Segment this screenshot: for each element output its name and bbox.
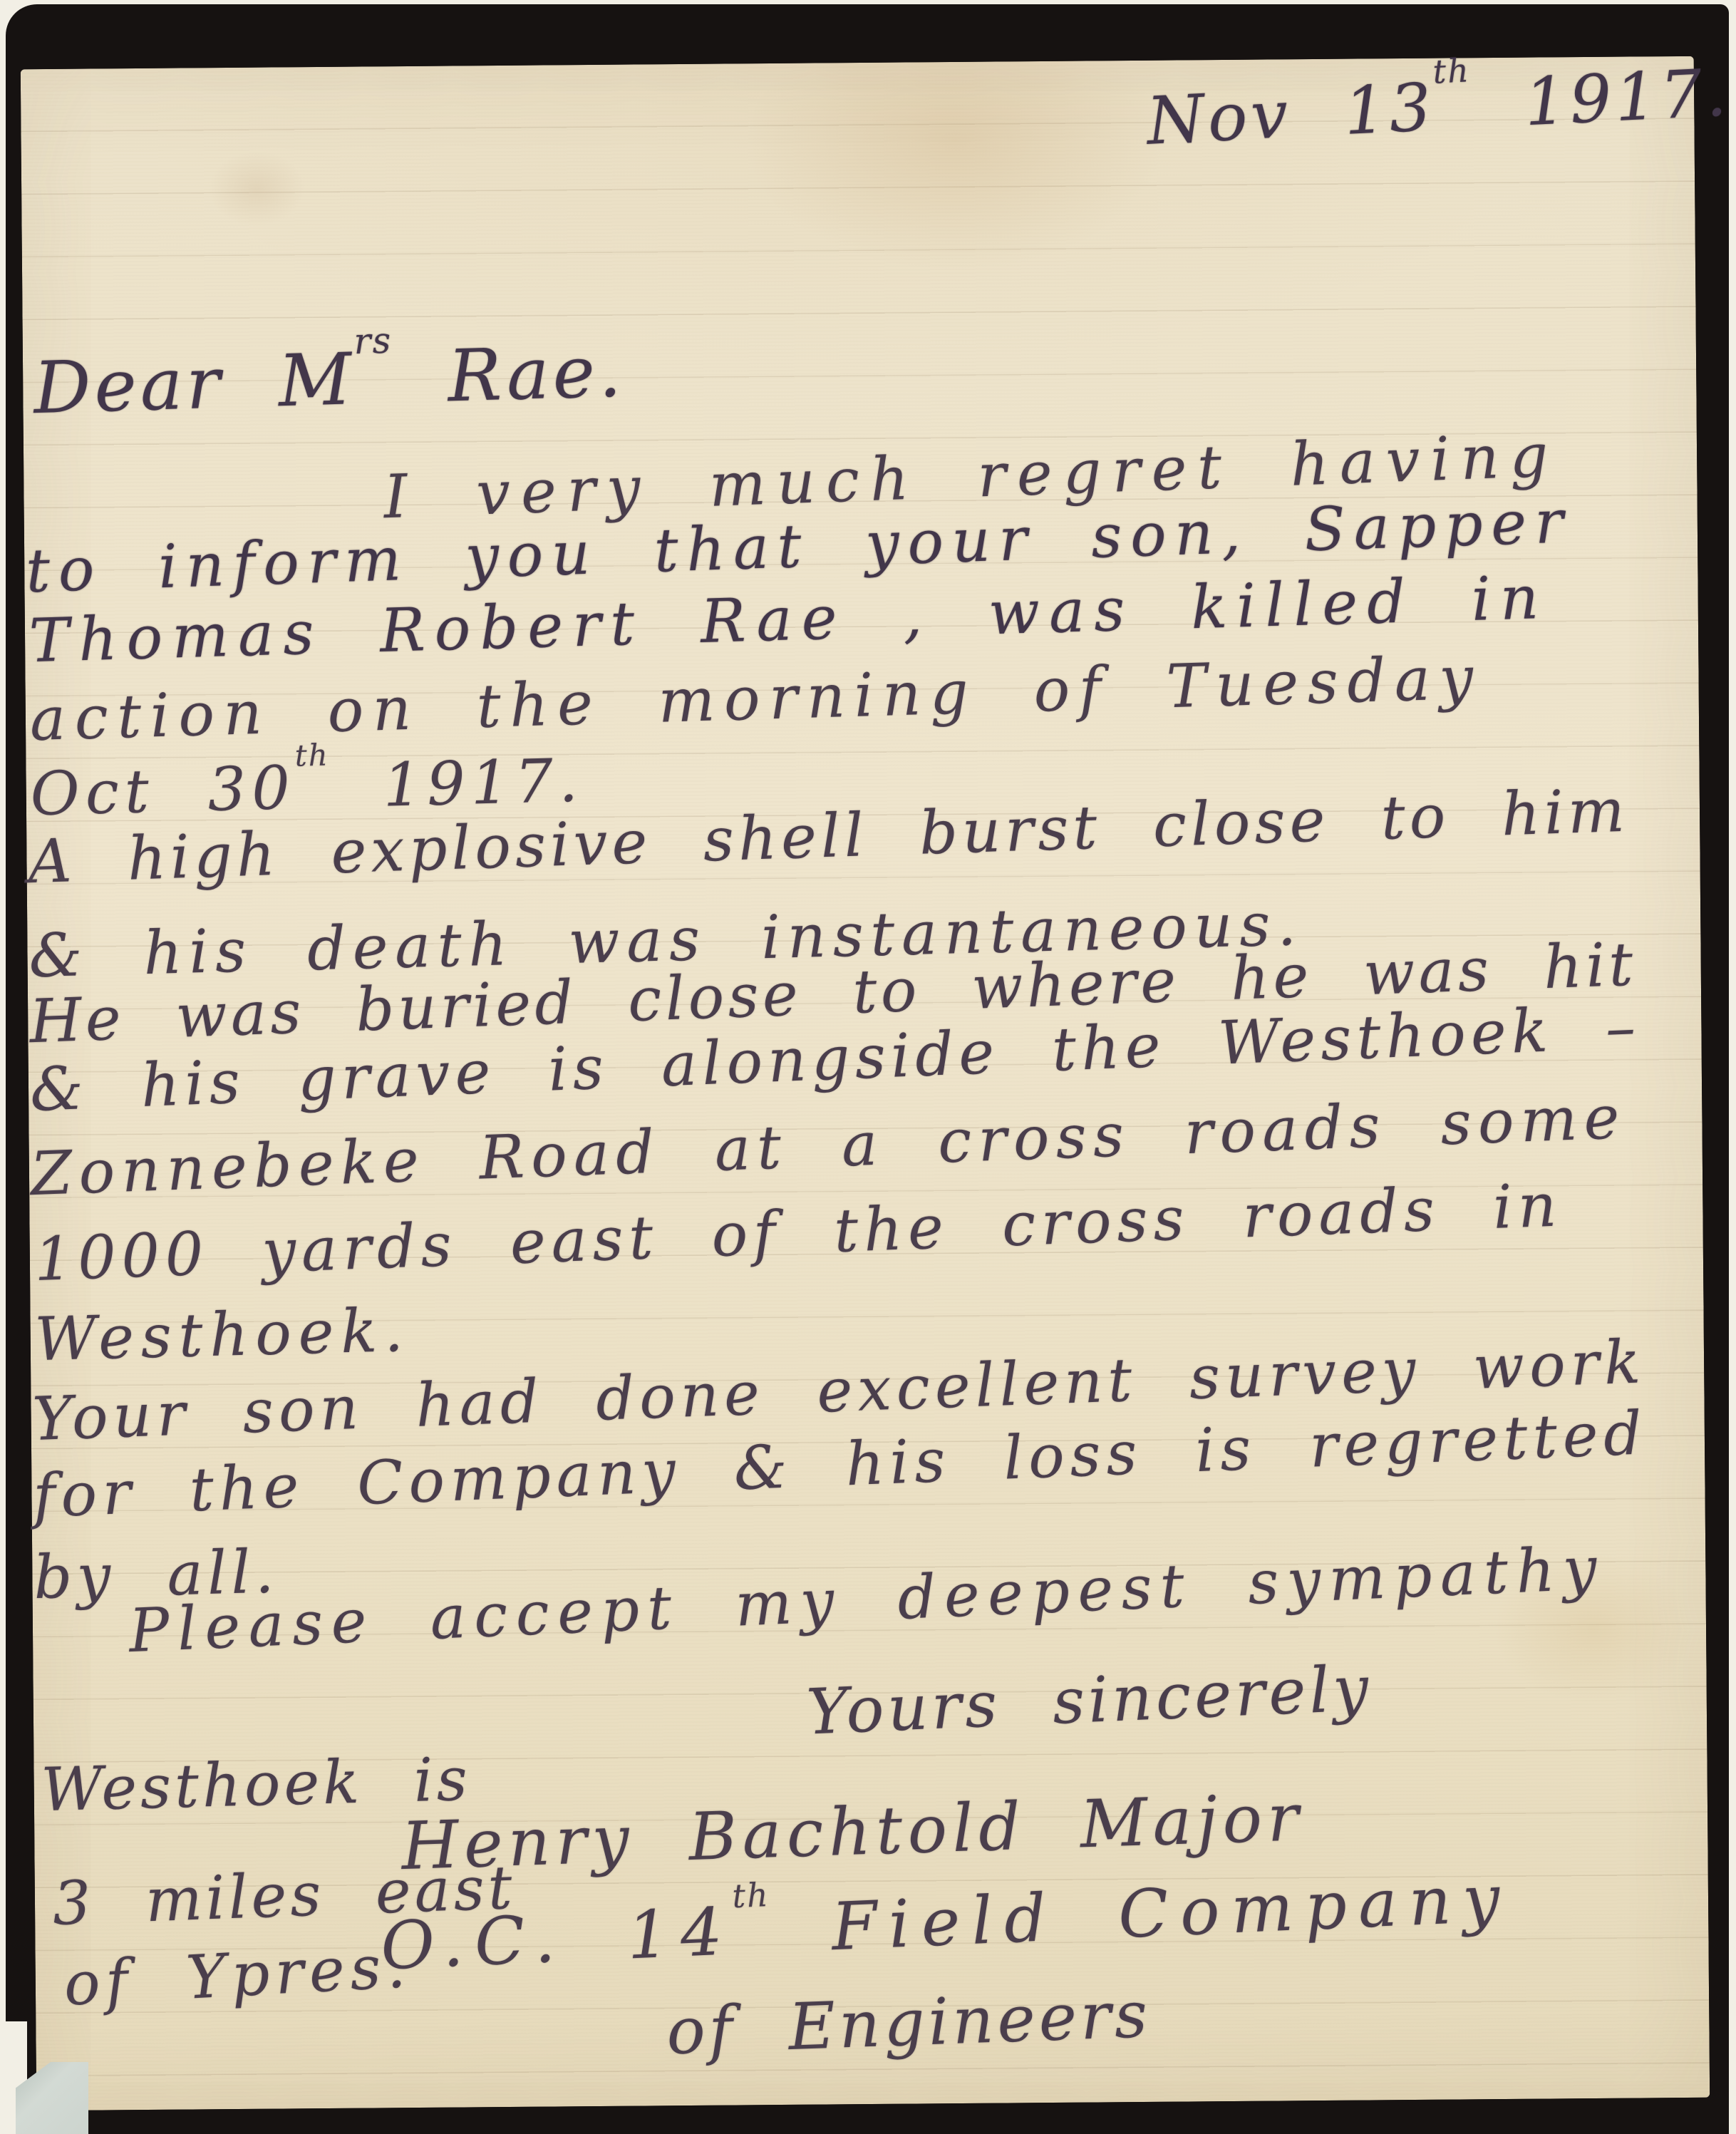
letter-scan: Nov 13th 1917. Dear Mrs Rae. I very much…	[0, 0, 1736, 2134]
letter-paper: Nov 13th 1917. Dear Mrs Rae. I very much…	[21, 56, 1710, 2110]
signature-unit-line: O.C. 14th Field Company	[380, 1866, 1513, 1980]
margin-note-line-3: of Ypres.	[63, 1936, 413, 2014]
salutation-line: Dear Mrs Rae.	[33, 336, 626, 424]
date-line: Nov 13th 1917.	[1145, 60, 1731, 155]
signature-unit-line-2: of Engineers	[666, 1983, 1152, 2064]
body-line-12: Westhoek.	[34, 1300, 411, 1369]
closing-line: Yours sincerely	[805, 1657, 1373, 1744]
signature-name-line: Henry Bachtold Major	[401, 1785, 1305, 1880]
body-line-16: Please accept my deepest sympathy	[128, 1538, 1606, 1661]
